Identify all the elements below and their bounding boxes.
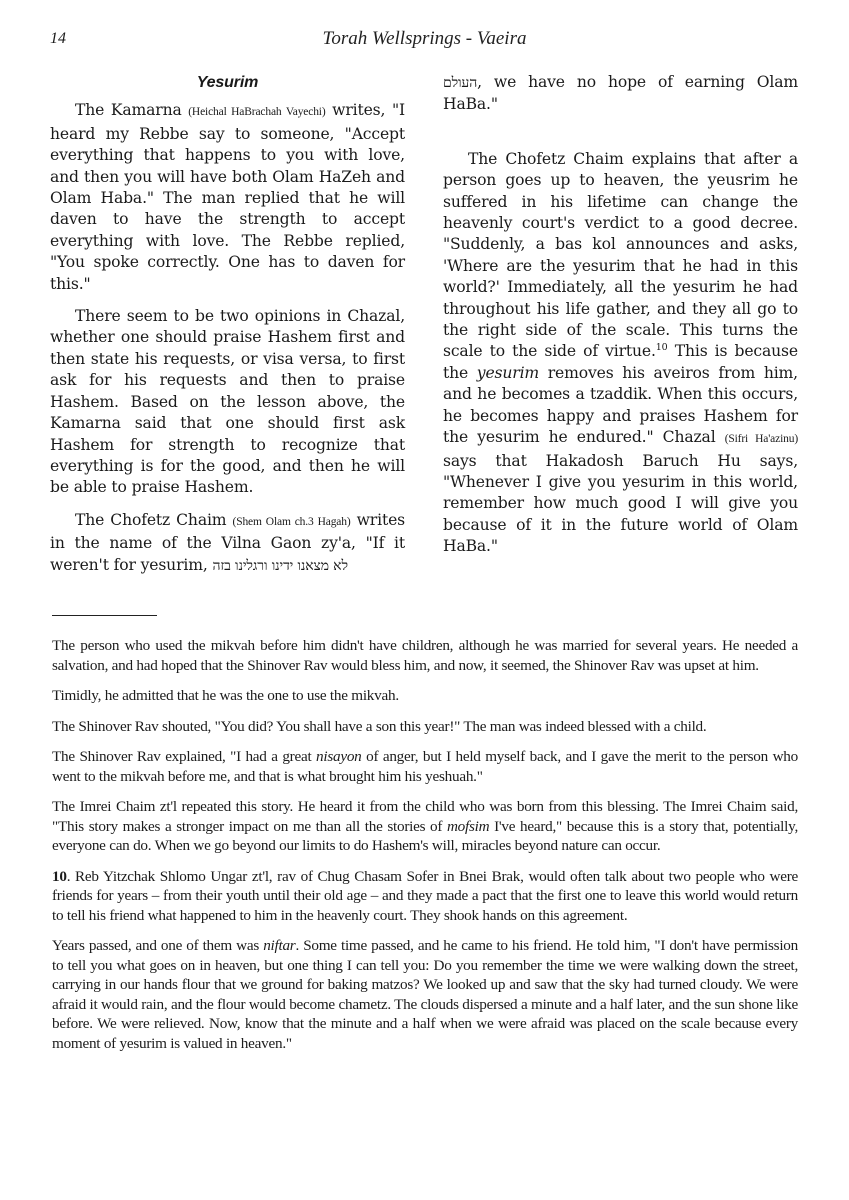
paragraph-chofetz-explains: The Chofetz Chaim explains that after a …: [443, 149, 798, 558]
footnote-paragraph: Years passed, and one of them was niftar…: [52, 936, 798, 1053]
text: writes, "I heard my Rebbe say to someone…: [50, 101, 405, 292]
text: . Some time passed, and he came to his f…: [52, 937, 798, 1052]
text: The Kamarna: [75, 101, 188, 119]
source-citation: (Heichal HaBrachah Vayechi): [188, 106, 325, 118]
hebrew-text: לא מצאנו ידינו ורגלינו בזה: [212, 558, 347, 574]
source-citation: (Sifri Ha'azinu): [725, 433, 798, 445]
italic-term: nisayon: [316, 748, 362, 765]
hebrew-text: העולם: [443, 75, 477, 91]
text: The Chofetz Chaim: [75, 511, 233, 529]
italic-term: niftar: [263, 937, 295, 954]
italic-term: yesurim: [477, 364, 539, 382]
source-citation: (Shem Olam ch.3 Hagah): [233, 516, 351, 528]
text: The Chofetz Chaim explains that after a …: [443, 150, 798, 361]
text: , we have no hope of earning Olam HaBa.": [443, 73, 798, 113]
running-head: Torah Wellsprings - Vaeira: [0, 28, 849, 50]
footnote-paragraph: The Imrei Chaim zt'l repeated this story…: [52, 797, 798, 856]
left-column: Yesurim The Kamarna (Heichal HaBrachah V…: [50, 72, 405, 588]
footnote-reference[interactable]: 10: [656, 342, 668, 353]
footnote-paragraph: The person who used the mikvah before hi…: [52, 636, 798, 675]
footnote-paragraph: The Shinover Rav shouted, "You did? You …: [52, 717, 798, 737]
paragraph-continuation: העולם, we have no hope of earning Olam H…: [443, 72, 798, 116]
section-heading: Yesurim: [50, 72, 405, 93]
paragraph-two-opinions: There seem to be two opinions in Chazal,…: [50, 306, 405, 499]
paragraph-chofetz-chaim: The Chofetz Chaim (Shem Olam ch.3 Hagah)…: [50, 510, 405, 577]
footnote-paragraph: Timidly, he admitted that he was the one…: [52, 686, 798, 706]
italic-term: mofsim: [447, 818, 489, 835]
footnotes: The person who used the mikvah before hi…: [52, 636, 798, 1064]
right-column: העולם, we have no hope of earning Olam H…: [443, 72, 798, 569]
footnote-paragraph: The Shinover Rav explained, "I had a gre…: [52, 747, 798, 786]
text: says that Hakadosh Baruch Hu says, "When…: [443, 452, 798, 556]
paragraph-kamarna: The Kamarna (Heichal HaBrachah Vayechi) …: [50, 100, 405, 295]
text: The Shinover Rav explained, "I had a gre…: [52, 748, 316, 765]
text: Years passed, and one of them was: [52, 937, 263, 954]
footnote-separator: [52, 615, 157, 616]
footnote-10: 10. Reb Yitzchak Shlomo Ungar zt'l, rav …: [52, 867, 798, 926]
text: . Reb Yitzchak Shlomo Ungar zt'l, rav of…: [52, 868, 798, 924]
footnote-number: 10: [52, 868, 67, 885]
